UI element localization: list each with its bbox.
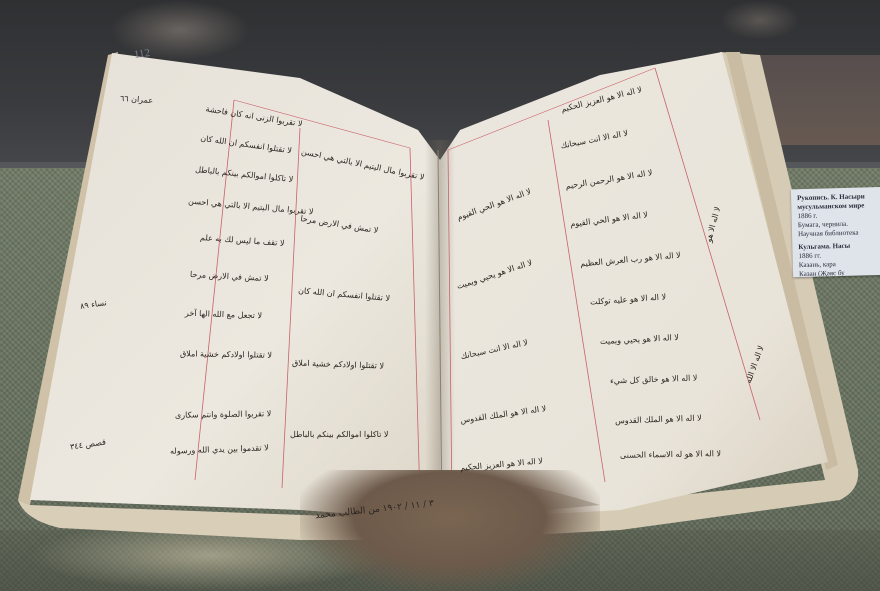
- hand-shadow: [300, 470, 600, 591]
- page-number: 112: [133, 47, 151, 61]
- museum-label-card: Рукопись. К. Насыри мусульманском мире 1…: [791, 187, 880, 278]
- photo-scene: لا تقربوا الزنى انه كان فاحشة لا تقتلوا …: [0, 0, 880, 591]
- left-page-line: لا تقربوا الصلوة وانتم سكارى: [175, 409, 271, 420]
- right-page-line: لا اله الا هو له الاسماء الحسنى: [620, 449, 721, 460]
- left-page-line: لا تاكلوا اموالكم بينكم بالباطل: [290, 430, 388, 439]
- left-page-line: لا تقتلوا اولادكم خشية املاق: [180, 349, 272, 360]
